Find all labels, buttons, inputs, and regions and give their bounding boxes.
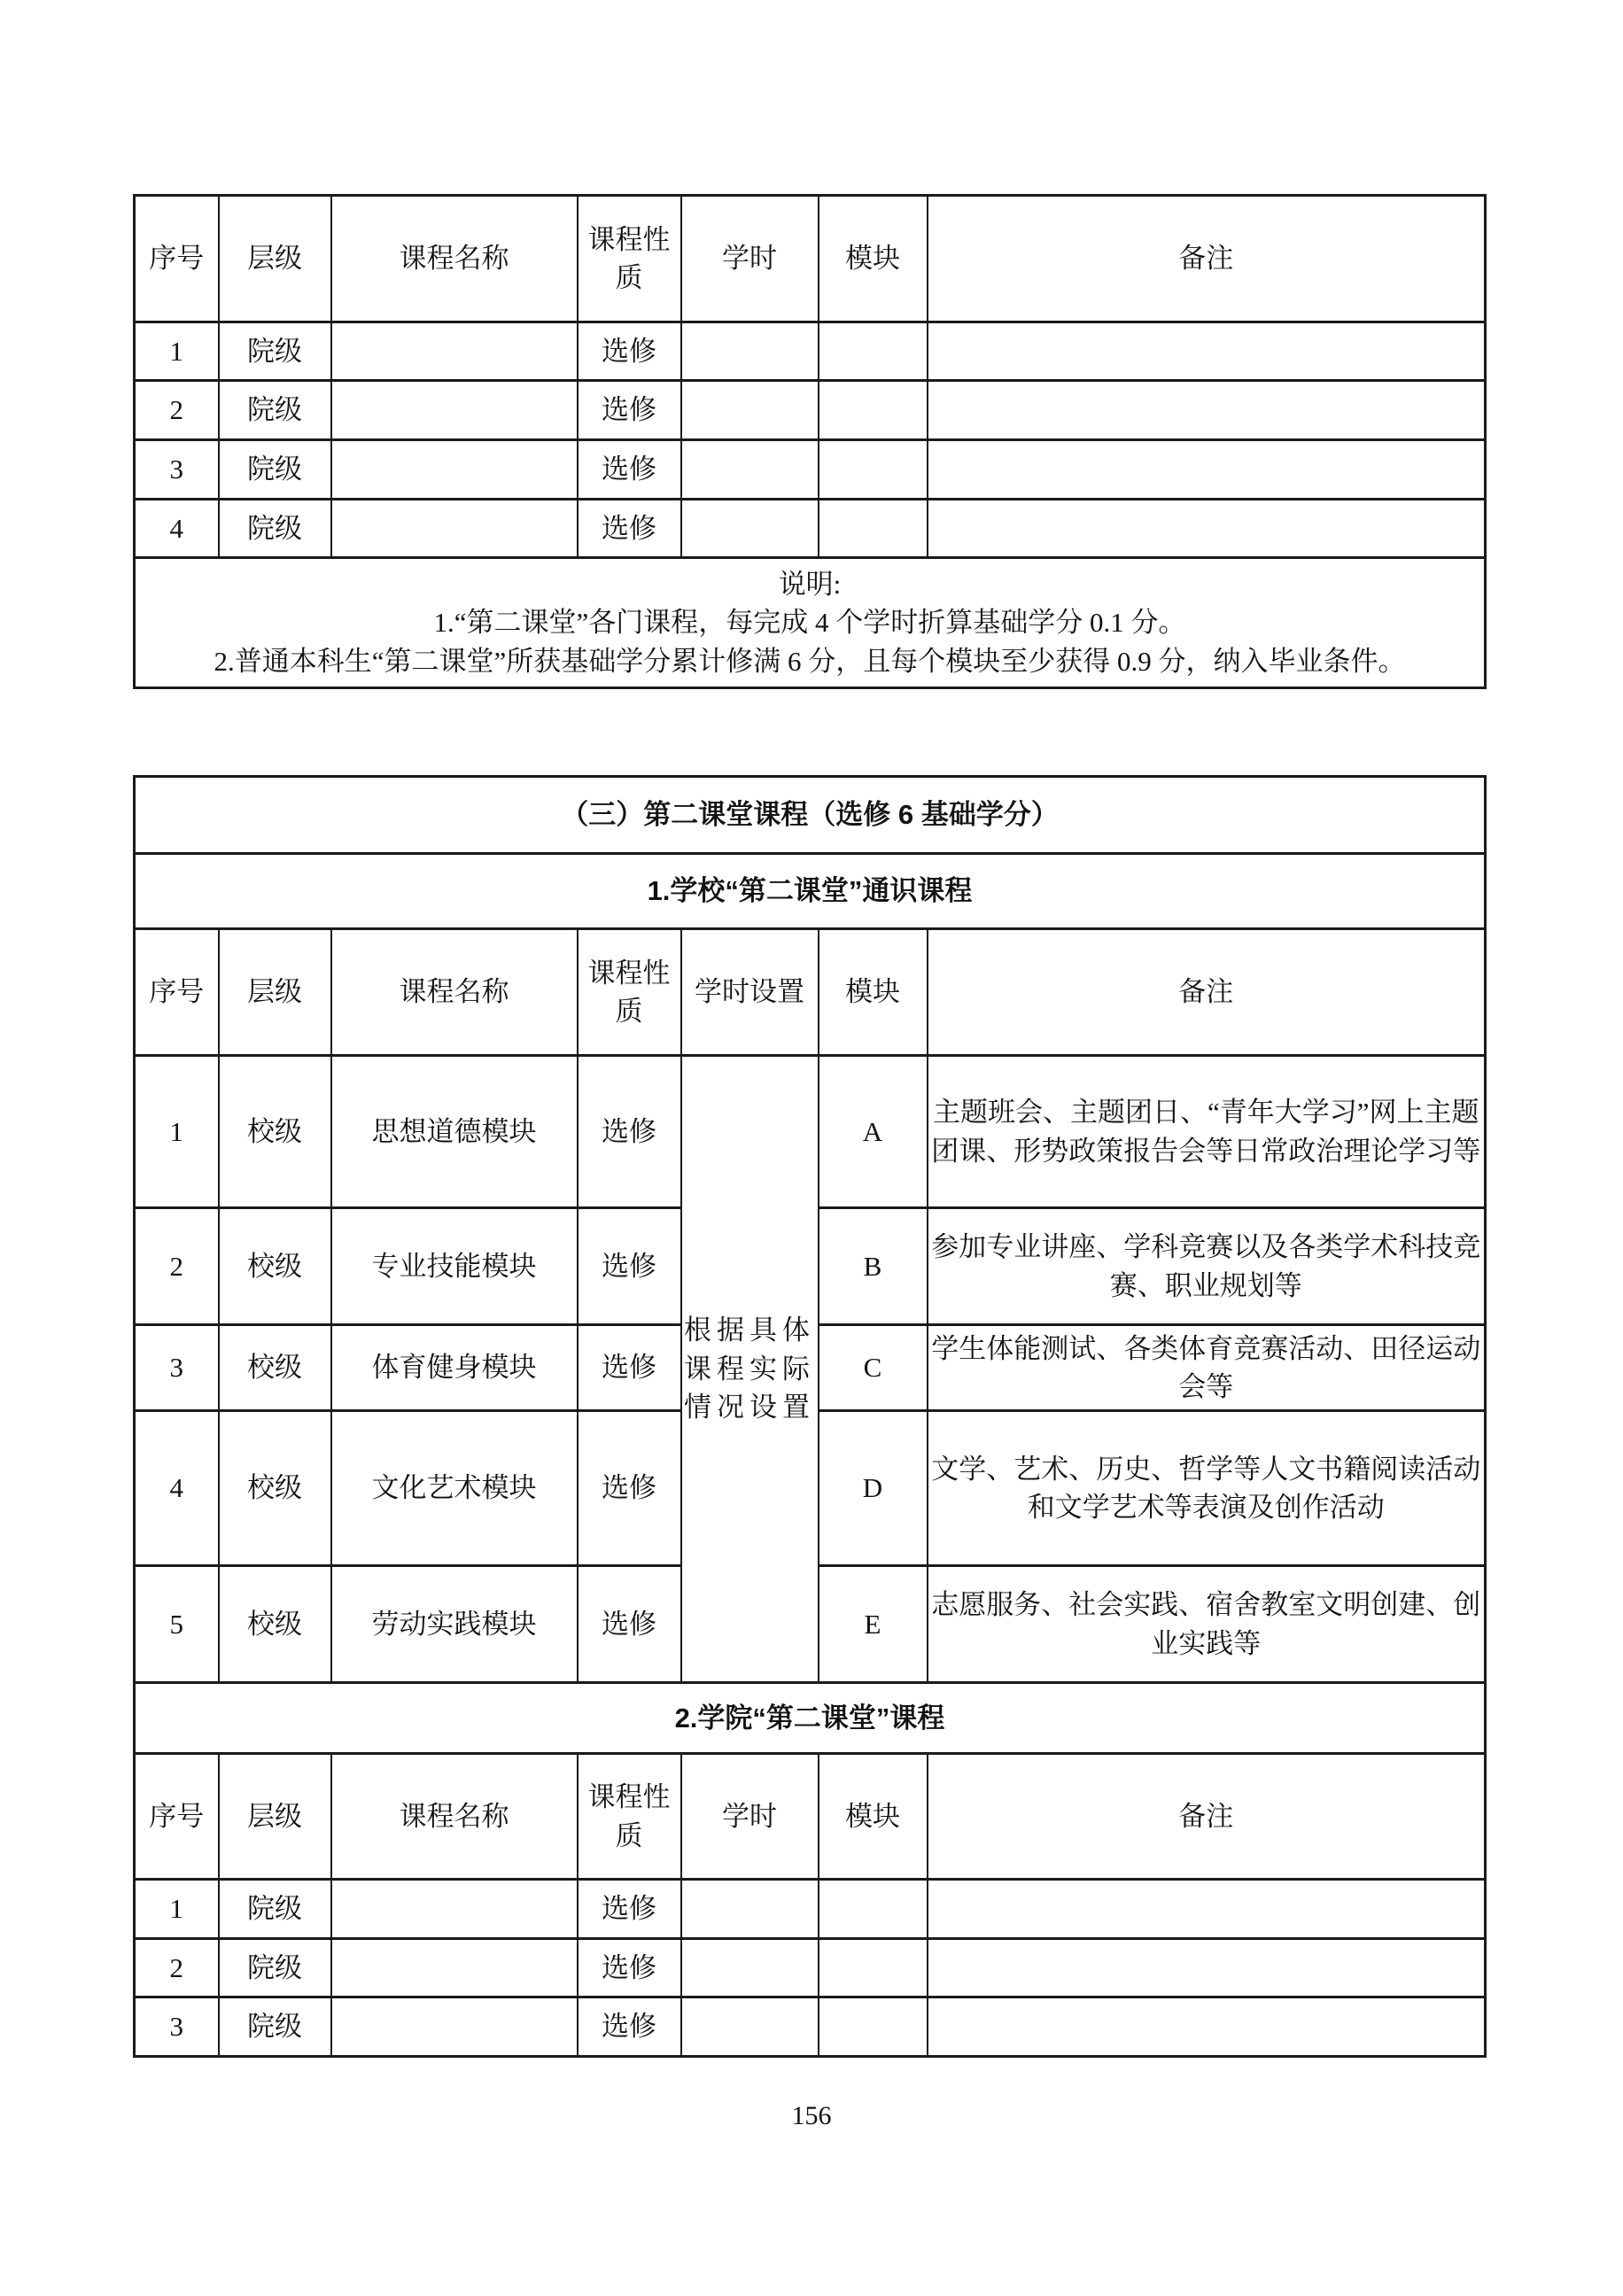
cell-name: 思想道德模块	[331, 1056, 578, 1208]
header-cell-remark: 备注	[928, 1754, 1486, 1880]
cell-nature: 选修	[578, 1997, 681, 2057]
table-row: （三）第二课堂课程（选修 6 基础学分）	[135, 777, 1486, 854]
cell-no: 2	[135, 1208, 219, 1325]
header-cell-hours: 学时	[681, 196, 819, 322]
cell-remark	[928, 381, 1486, 440]
cell-no: 3	[135, 1325, 219, 1411]
cell-no: 1	[135, 322, 219, 381]
cell-level: 校级	[219, 1566, 331, 1683]
table-row: 2 院级 选修	[135, 381, 1486, 440]
cell-remark	[928, 500, 1486, 558]
cell-module: C	[819, 1325, 928, 1411]
notes-title: 说明:	[136, 565, 1484, 603]
header-cell-level: 层级	[219, 196, 331, 322]
cell-nature: 选修	[578, 322, 681, 381]
cell-hours	[681, 1939, 819, 1997]
table-row: 1 校级 思想道德模块 选修 根据具体课程实际情况设置 A 主题班会、主题团日、…	[135, 1056, 1486, 1208]
header-cell-hours: 学时	[681, 1754, 819, 1880]
cell-level: 院级	[219, 381, 331, 440]
cell-module: B	[819, 1208, 928, 1325]
cell-module: A	[819, 1056, 928, 1208]
cell-remark: 参加专业讲座、学科竞赛以及各类学术科技竞赛、职业规划等	[928, 1208, 1486, 1325]
cell-name	[331, 500, 578, 558]
header-cell-no: 序号	[135, 1754, 219, 1880]
header-cell-remark: 备注	[928, 196, 1486, 322]
cell-name: 专业技能模块	[331, 1208, 578, 1325]
cell-level: 校级	[219, 1325, 331, 1411]
cell-remark	[928, 322, 1486, 381]
cell-nature: 选修	[578, 1325, 681, 1411]
cell-hours-merged: 根据具体课程实际情况设置	[681, 1056, 819, 1683]
cell-no: 2	[135, 1939, 219, 1997]
note-item: 1.“第二课堂”各门课程，每完成 4 个学时折算基础学分 0.1 分。	[136, 603, 1484, 641]
header-cell-module: 模块	[819, 1754, 928, 1880]
cell-remark: 志愿服务、社会实践、宿舍教室文明创建、创业实践等	[928, 1566, 1486, 1683]
cell-module: D	[819, 1411, 928, 1566]
subsection-title-college: 2.学院“第二课堂”课程	[135, 1683, 1486, 1754]
cell-hours	[681, 1880, 819, 1939]
header-cell-name: 课程名称	[331, 929, 578, 1056]
cell-module	[819, 322, 928, 381]
table-row: 2 院级 选修	[135, 1939, 1486, 1997]
header-cell-module: 模块	[819, 929, 928, 1056]
cell-no: 1	[135, 1056, 219, 1208]
cell-level: 院级	[219, 322, 331, 381]
cell-nature: 选修	[578, 440, 681, 500]
table-second-classroom: （三）第二课堂课程（选修 6 基础学分） 1.学校“第二课堂”通识课程 序号 层…	[133, 775, 1487, 2058]
cell-module	[819, 381, 928, 440]
cell-name: 体育健身模块	[331, 1325, 578, 1411]
cell-remark	[928, 1939, 1486, 1997]
cell-name	[331, 322, 578, 381]
table-row: 序号 层级 课程名称 课程性质 学时 模块 备注	[135, 1754, 1486, 1880]
table-row: 1 院级 选修	[135, 1880, 1486, 1939]
cell-level: 校级	[219, 1056, 331, 1208]
table-row: 说明: 1.“第二课堂”各门课程，每完成 4 个学时折算基础学分 0.1 分。 …	[135, 558, 1486, 688]
cell-remark	[928, 1880, 1486, 1939]
cell-no: 2	[135, 381, 219, 440]
header-cell-hours: 学时设置	[681, 929, 819, 1056]
header-cell-module: 模块	[819, 196, 928, 322]
cell-remark: 文学、艺术、历史、哲学等人文书籍阅读活动和文学艺术等表演及创作活动	[928, 1411, 1486, 1566]
cell-name	[331, 1939, 578, 1997]
cell-no: 3	[135, 440, 219, 500]
cell-nature: 选修	[578, 1208, 681, 1325]
document-page: 序号 层级 课程名称 课程性质 学时 模块 备注 1 院级 选修 2 院级 选修	[0, 0, 1623, 2296]
section-title: （三）第二课堂课程（选修 6 基础学分）	[135, 777, 1486, 854]
notes-cell: 说明: 1.“第二课堂”各门课程，每完成 4 个学时折算基础学分 0.1 分。 …	[135, 558, 1486, 688]
cell-module	[819, 1997, 928, 2057]
cell-no: 3	[135, 1997, 219, 2057]
cell-name	[331, 381, 578, 440]
cell-nature: 选修	[578, 381, 681, 440]
cell-no: 1	[135, 1880, 219, 1939]
table-row: 序号 层级 课程名称 课程性质 学时设置 模块 备注	[135, 929, 1486, 1056]
note-item: 2.普通本科生“第二课堂”所获基础学分累计修满 6 分，且每个模块至少获得 0.…	[136, 642, 1484, 680]
cell-level: 院级	[219, 1997, 331, 2057]
cell-name	[331, 440, 578, 500]
header-cell-nature: 课程性质	[578, 196, 681, 322]
cell-module	[819, 440, 928, 500]
cell-name: 劳动实践模块	[331, 1566, 578, 1683]
table-row: 1.学校“第二课堂”通识课程	[135, 854, 1486, 929]
cell-module: E	[819, 1566, 928, 1683]
table-row: 4 院级 选修	[135, 500, 1486, 558]
header-cell-nature: 课程性质	[578, 929, 681, 1056]
cell-remark: 学生体能测试、各类体育竞赛活动、田径运动会等	[928, 1325, 1486, 1411]
cell-nature: 选修	[578, 1411, 681, 1566]
cell-module	[819, 1939, 928, 1997]
cell-remark	[928, 440, 1486, 500]
cell-hours	[681, 381, 819, 440]
table-row: 2.学院“第二课堂”课程	[135, 1683, 1486, 1754]
page-number: 156	[0, 2101, 1623, 2131]
header-cell-name: 课程名称	[331, 1754, 578, 1880]
header-cell-no: 序号	[135, 929, 219, 1056]
subsection-title-school: 1.学校“第二课堂”通识课程	[135, 854, 1486, 929]
cell-name: 文化艺术模块	[331, 1411, 578, 1566]
cell-level: 院级	[219, 500, 331, 558]
cell-hours	[681, 500, 819, 558]
header-cell-no: 序号	[135, 196, 219, 322]
cell-hours	[681, 440, 819, 500]
cell-nature: 选修	[578, 1056, 681, 1208]
cell-hours	[681, 1997, 819, 2057]
header-cell-level: 层级	[219, 1754, 331, 1880]
cell-nature: 选修	[578, 500, 681, 558]
header-cell-nature: 课程性质	[578, 1754, 681, 1880]
cell-level: 校级	[219, 1411, 331, 1566]
cell-no: 5	[135, 1566, 219, 1683]
cell-no: 4	[135, 1411, 219, 1566]
cell-level: 院级	[219, 1880, 331, 1939]
cell-name	[331, 1997, 578, 2057]
header-cell-level: 层级	[219, 929, 331, 1056]
cell-no: 4	[135, 500, 219, 558]
cell-module	[819, 1880, 928, 1939]
cell-nature: 选修	[578, 1566, 681, 1683]
table-college-courses-top: 序号 层级 课程名称 课程性质 学时 模块 备注 1 院级 选修 2 院级 选修	[133, 194, 1487, 689]
table-row: 序号 层级 课程名称 课程性质 学时 模块 备注	[135, 196, 1486, 322]
cell-hours	[681, 322, 819, 381]
cell-nature: 选修	[578, 1880, 681, 1939]
table-row: 3 院级 选修	[135, 1997, 1486, 2057]
cell-module	[819, 500, 928, 558]
cell-remark	[928, 1997, 1486, 2057]
table-row: 3 院级 选修	[135, 440, 1486, 500]
cell-level: 校级	[219, 1208, 331, 1325]
cell-level: 院级	[219, 440, 331, 500]
cell-remark: 主题班会、主题团日、“青年大学习”网上主题团课、形势政策报告会等日常政治理论学习…	[928, 1056, 1486, 1208]
cell-level: 院级	[219, 1939, 331, 1997]
header-cell-remark: 备注	[928, 929, 1486, 1056]
header-cell-name: 课程名称	[331, 196, 578, 322]
cell-name	[331, 1880, 578, 1939]
table-row: 1 院级 选修	[135, 322, 1486, 381]
cell-nature: 选修	[578, 1939, 681, 1997]
